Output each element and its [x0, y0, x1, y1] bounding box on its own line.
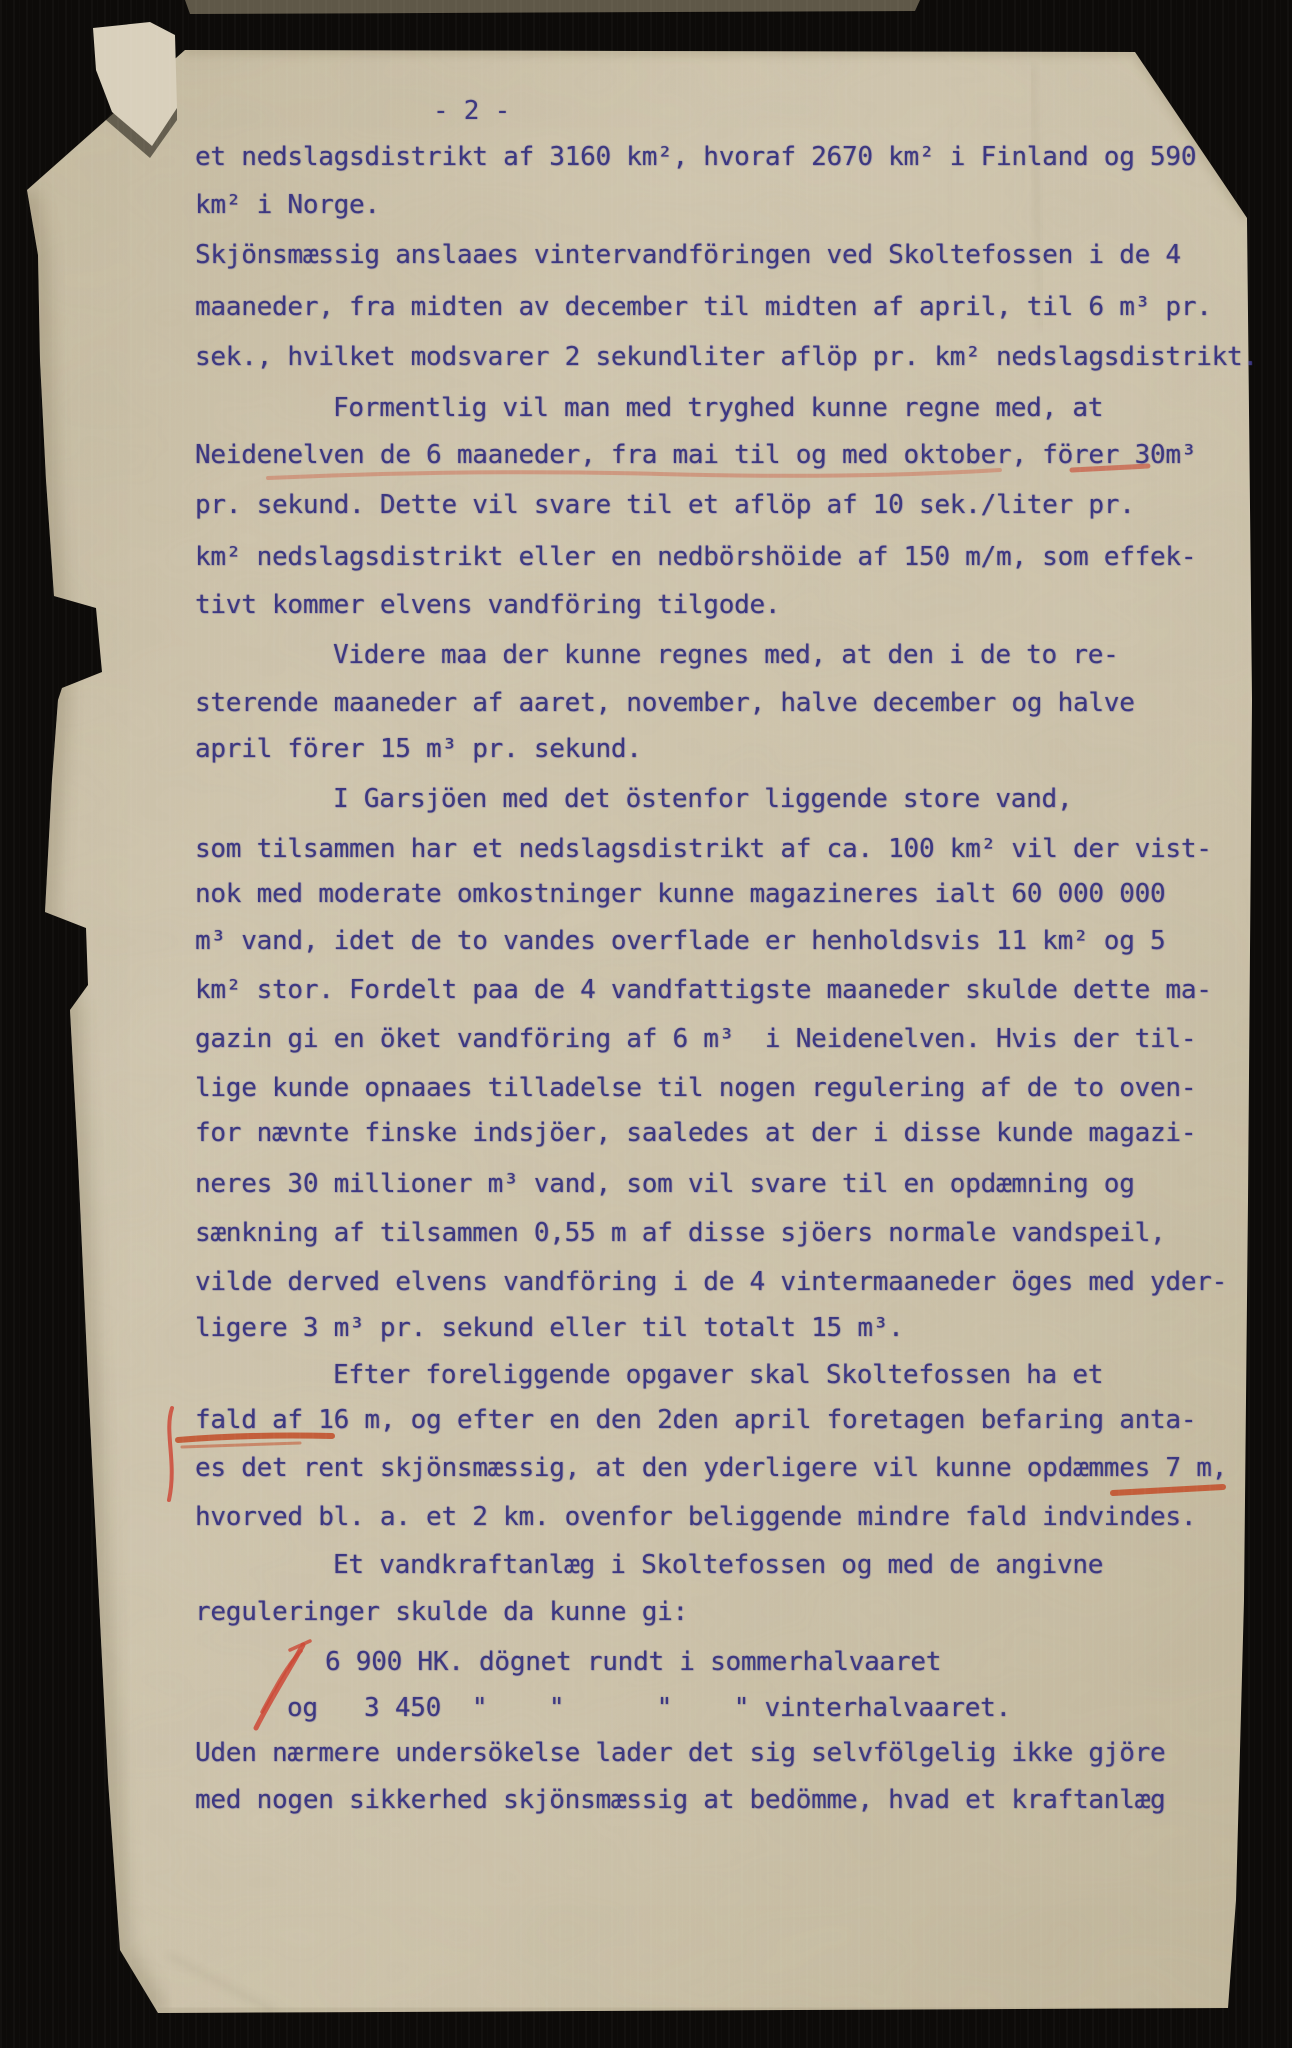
typewritten-line: I Garsjöen med det östenfor liggende sto… [333, 784, 1072, 814]
typewritten-line: sænkning af tilsammen 0,55 m af disse sj… [195, 1218, 1165, 1248]
typewritten-line: hvorved bl. a. et 2 km. ovenfor beliggen… [195, 1502, 1196, 1532]
typewritten-line: km² nedslagsdistrikt eller en nedbörshöi… [195, 542, 1196, 572]
page-number: - 2 - [433, 96, 510, 126]
typewritten-line: es det rent skjönsmæssig, at den yderlig… [195, 1453, 1227, 1483]
typewritten-line: km² i Norge. [195, 190, 380, 220]
typewritten-line: Formentlig vil man med tryghed kunne reg… [333, 393, 1103, 423]
typewritten-line: lige kunde opnaaes tilladelse til nogen … [195, 1073, 1196, 1103]
typewritten-line: og 3 450 " " " " vinterhalvaaret. [287, 1693, 1011, 1723]
typewritten-line: april förer 15 m³ pr. sekund. [195, 734, 642, 764]
typewritten-line: Videre maa der kunne regnes med, at den … [333, 640, 1119, 670]
typewritten-line: nok med moderate omkostninger kunne maga… [195, 879, 1165, 909]
typewritten-line: sterende maaneder af aaret, november, ha… [195, 688, 1135, 718]
typewritten-line: Neidenelven de 6 maaneder, fra mai til o… [195, 440, 1196, 470]
typewritten-line: et nedslagsdistrikt af 3160 km², hvoraf … [195, 142, 1196, 172]
typewritten-line: ligere 3 m³ pr. sekund eller til totalt … [195, 1313, 904, 1343]
typewritten-line: pr. sekund. Dette vil svare til et aflöp… [195, 490, 1135, 520]
typewritten-line: for nævnte finske indsjöer, saaledes at … [195, 1118, 1196, 1148]
typewritten-line: som tilsammen har et nedslagsdistrikt af… [195, 834, 1212, 864]
typewritten-line: fald af 16 m, og efter en den 2den april… [195, 1405, 1196, 1435]
typewritten-line: maaneder, fra midten av december til mid… [195, 292, 1212, 322]
typewritten-line: Et vandkraftanlæg i Skoltefossen og med … [333, 1550, 1103, 1580]
typewritten-line: Efter foreliggende opgaver skal Skoltefo… [333, 1360, 1103, 1390]
typewritten-line: gazin gi en öket vandföring af 6 m³ i Ne… [195, 1024, 1196, 1054]
scanned-document-page: - 2 - et nedslagsdistrikt af 3160 km², h… [0, 0, 1292, 2048]
typewritten-line: reguleringer skulde da kunne gi: [195, 1597, 688, 1627]
typewritten-line: vilde derved elvens vandföring i de 4 vi… [195, 1267, 1227, 1297]
typewritten-line: sek., hvilket modsvarer 2 sekundliter af… [195, 342, 1258, 372]
typewritten-line: m³ vand, idet de to vandes overflade er … [195, 926, 1165, 956]
typewritten-line: km² stor. Fordelt paa de 4 vandfattigste… [195, 975, 1212, 1005]
typewritten-line: Uden nærmere undersökelse lader det sig … [195, 1738, 1165, 1768]
typewritten-line: med nogen sikkerhed skjönsmæssig at bedö… [195, 1785, 1165, 1815]
typewritten-line: 6 900 HK. dögnet rundt i sommerhalvaaret [325, 1647, 941, 1677]
typewritten-text-layer: - 2 - et nedslagsdistrikt af 3160 km², h… [0, 0, 1292, 2048]
typewritten-line: tivt kommer elvens vandföring tilgode. [195, 590, 780, 620]
typewritten-line: Skjönsmæssig anslaaes vintervandföringen… [195, 240, 1181, 270]
typewritten-line: neres 30 millioner m³ vand, som vil svar… [195, 1169, 1135, 1199]
